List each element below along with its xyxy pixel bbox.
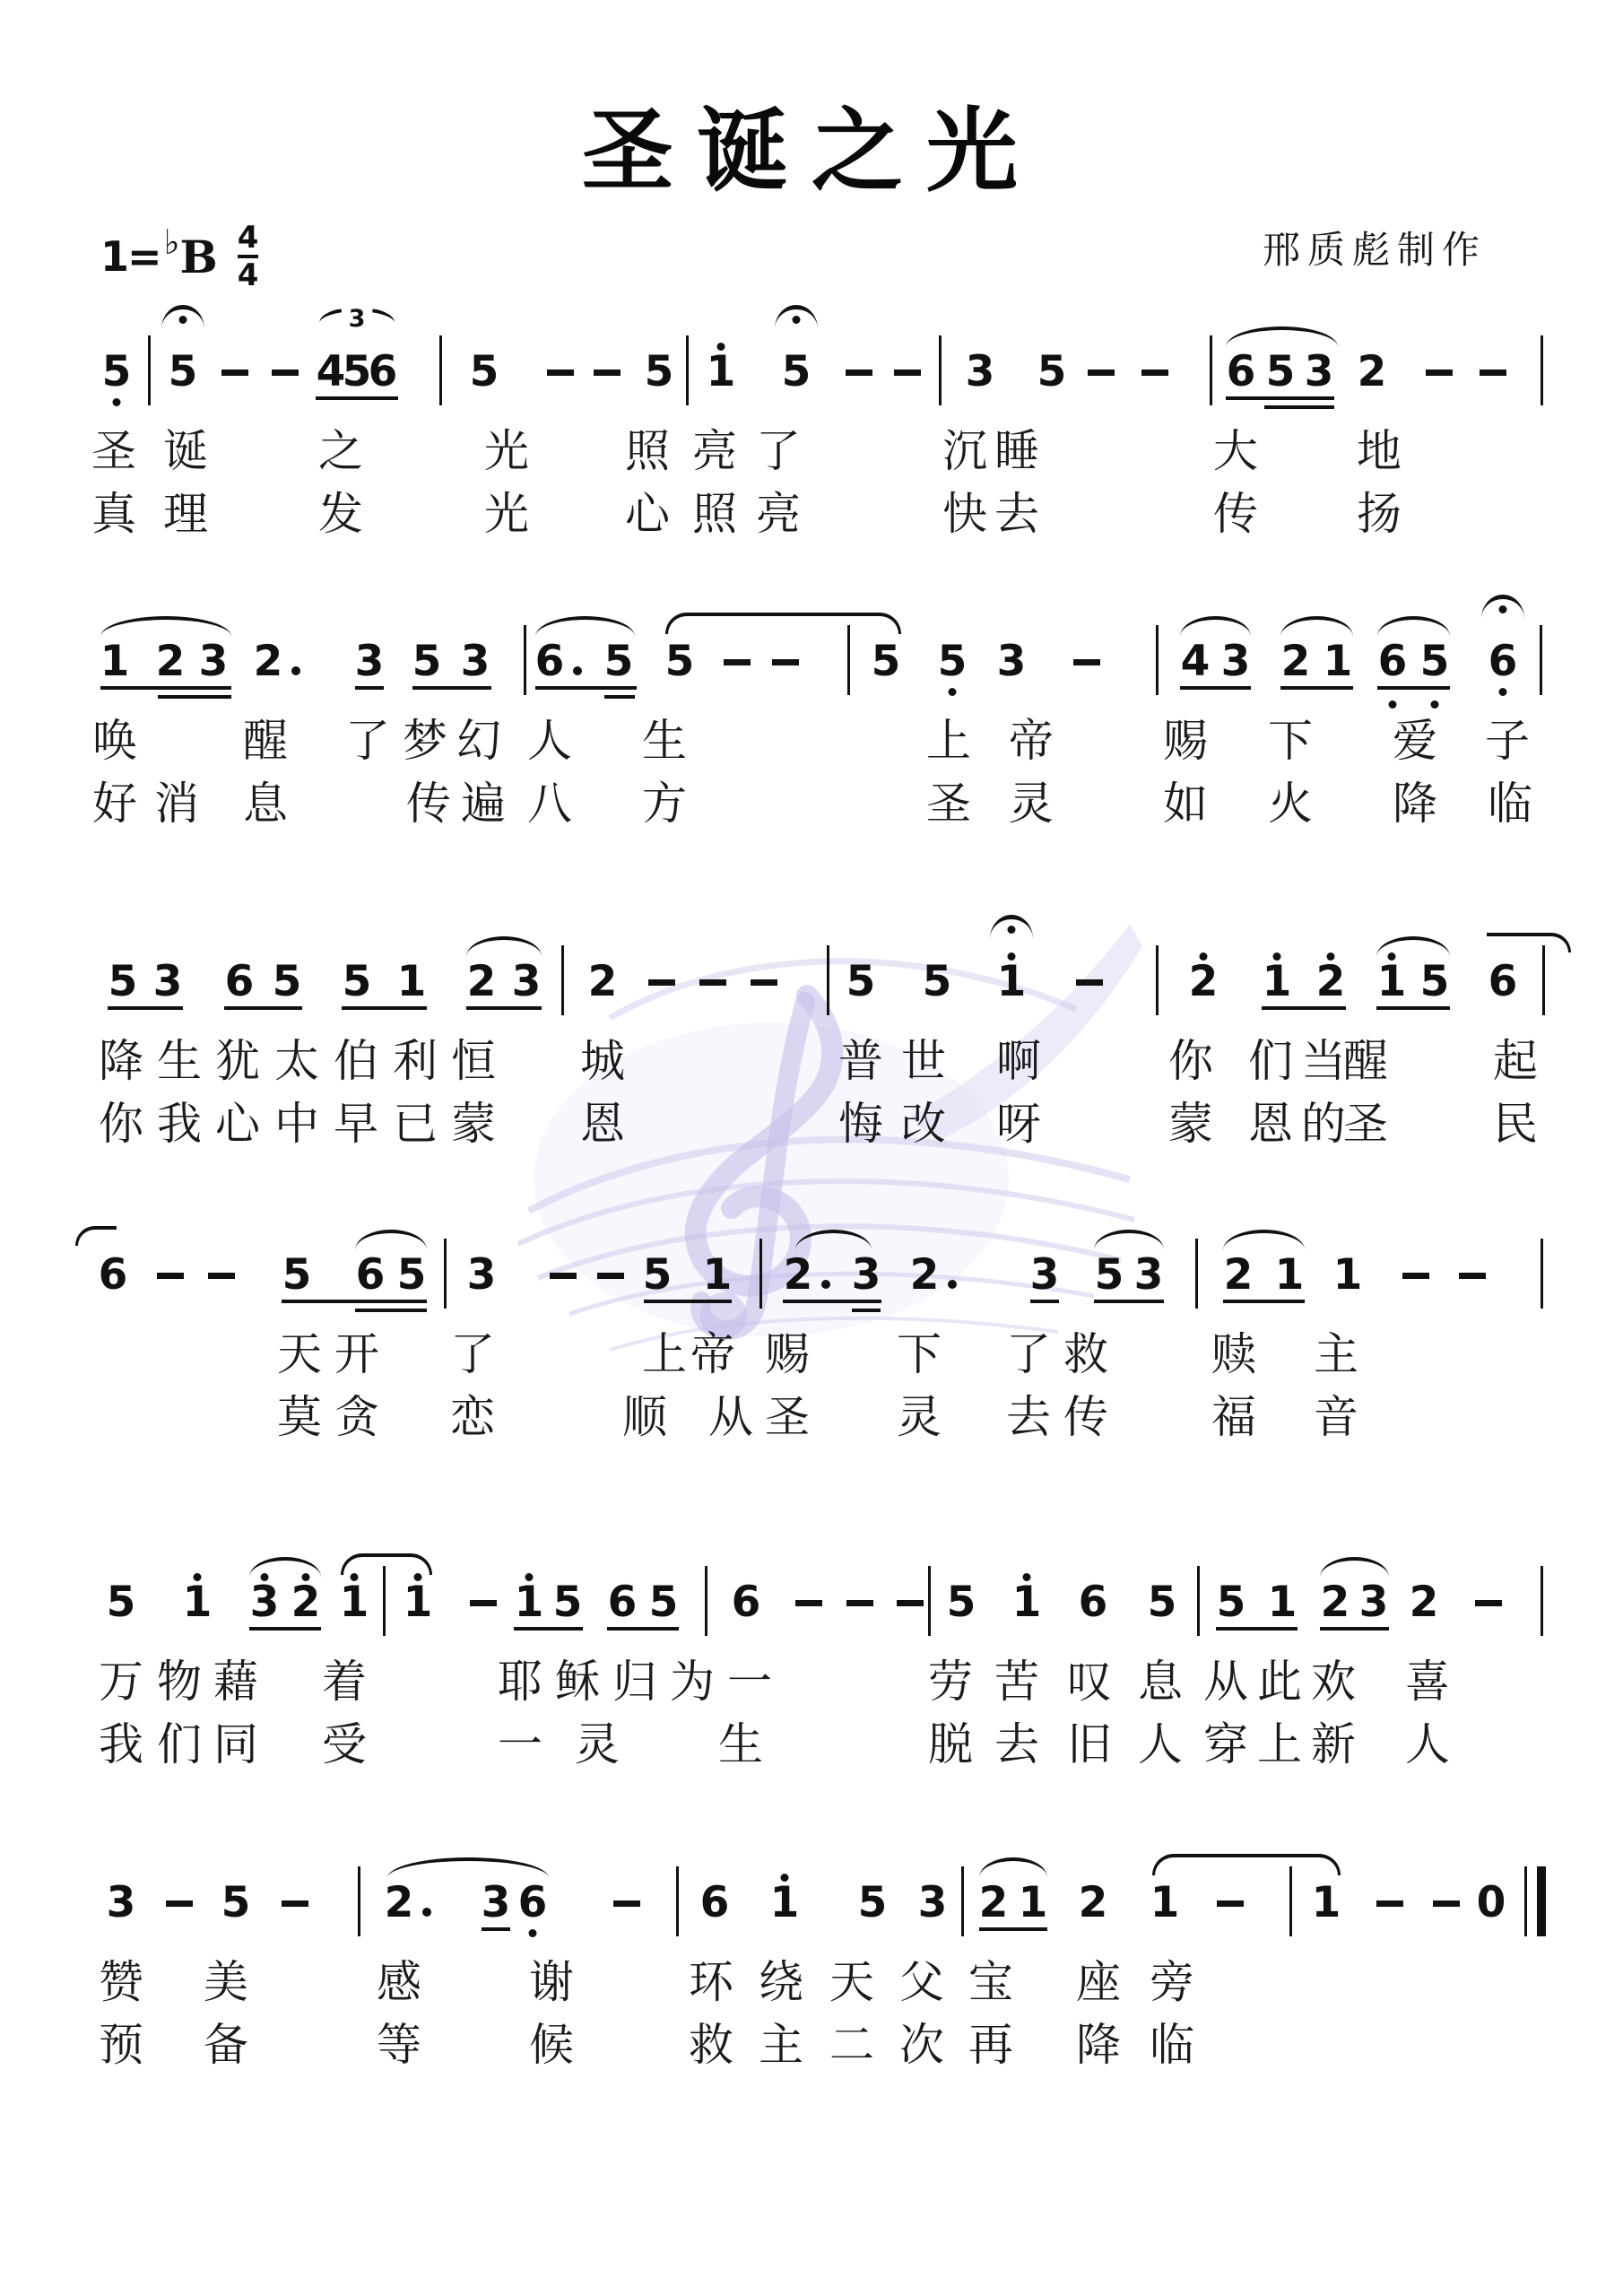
beam-underline [108,1006,183,1010]
time-signature: 4 4 [238,221,259,292]
barline [1541,335,1543,405]
lyric-syllable-v2: 们 [157,1722,202,1767]
lyric-syllable-v1: 赎 [1211,1332,1256,1377]
lyric-syllable-v1: 沉 [942,429,987,474]
barline [827,945,829,1015]
barline [524,625,526,695]
note-digit: 3 [852,1254,881,1296]
duration-dash [166,1900,193,1907]
barline [1289,1866,1292,1936]
barline [676,1866,679,1936]
note-digit: 2 [1321,1581,1350,1623]
barline [439,335,442,405]
duration-dash [846,370,872,376]
note-digit: 6 [1488,961,1518,1003]
note-digit: 6 [518,1882,548,1924]
lyric-syllable-v2: 灵 [897,1395,942,1439]
flat-accidental-icon: ♭ [164,222,180,262]
beam-underline [604,695,635,699]
note-digit: 5 [947,1581,976,1623]
lyric-syllable-v1: 劳 [928,1659,973,1704]
note-digit: 5 [643,1254,673,1296]
lyric-syllable-v2: 福 [1211,1395,1256,1439]
note-digit: 2 [1410,1581,1439,1623]
note-digit: 6 [1378,640,1408,683]
lyric-syllable-v1: 生 [642,718,687,763]
note-digit: 3 [997,640,1027,683]
duration-dash [282,1900,308,1907]
octave-dot-high [1273,952,1281,961]
lyric-syllable-v1: 生 [157,1039,202,1083]
lyric-syllable-v1: 下 [1268,718,1313,763]
barline [1541,1239,1543,1309]
lyric-syllable-v2: 你 [99,1101,143,1146]
lyric-syllable-v2: 再 [968,2022,1013,2067]
lyric-syllable-v2: 遍 [461,781,506,826]
lyric-syllable-v2: 去 [994,491,1039,536]
tie-arc [75,1226,117,1246]
note-digit: 2 [1358,351,1387,393]
beam-underline [158,695,231,699]
lyric-syllable-v2: 预 [99,2022,143,2067]
octave-dot-low [529,1929,537,1937]
lyric-syllable-v2: 音 [1314,1395,1358,1439]
lyric-syllable-v2: 我 [157,1101,202,1146]
lyric-syllable-v1: 幻 [456,718,501,763]
lyric-syllable-v1: 藉 [213,1659,258,1704]
note-digit: 2 [784,1254,813,1296]
lyric-syllable-v2: 圣 [926,781,971,826]
note-digit: 3 [107,1882,136,1924]
barline [847,625,850,695]
fermata-icon [1481,595,1524,618]
note-digit: 5 [282,1254,312,1296]
lyric-syllable-v2: 亮 [756,491,801,536]
slur-arc [1280,616,1353,638]
lyric-syllable-v1: 欢 [1311,1659,1356,1704]
note-digit: 5 [397,1254,427,1296]
note-digit: 1 [183,1581,213,1623]
lyric-syllable-v2: 脱 [928,1722,973,1767]
lyric-syllable-v1: 降 [99,1039,143,1083]
time-signature-numerator: 4 [238,221,259,255]
lyric-syllable-v2: 救 [689,2022,733,2067]
beam-underline [342,1006,427,1010]
lyric-syllable-v1: 世 [901,1039,946,1083]
duration-dash [897,1600,924,1606]
note-digit: 6 [369,351,398,393]
note-digit: 6 [732,1581,761,1623]
lyric-syllable-v2: 圣 [765,1395,810,1439]
lyric-syllable-v2: 改 [901,1101,946,1146]
lyric-syllable-v1: 赞 [99,1960,143,2005]
lyric-syllable-v1: 天 [277,1332,322,1377]
note-digit: 3 [1221,640,1251,683]
note-digit: 3 [461,640,490,683]
octave-dot-high [1008,952,1016,961]
note-digit: 2 [1079,1882,1108,1924]
fermata-icon [161,305,204,328]
lyric-syllable-v1: 天 [829,1960,874,2005]
note-digit: 5 [1037,351,1067,393]
note-digit: 2 [156,640,186,683]
note-digit: 5 [273,961,302,1003]
note-digit: 2 [588,961,618,1003]
fermata-icon [775,305,818,328]
key-tonic: B [180,230,218,283]
beam-underline [979,1927,1047,1931]
lyric-syllable-v1: 唤 [92,718,137,763]
lyric-syllable-v2: 临 [1488,781,1532,826]
duration-dash [1073,659,1100,665]
note-digit: 2 [291,1581,321,1623]
lyric-syllable-v1: 帝 [1009,718,1054,763]
note-digit: 6 [535,640,565,683]
slur-arc [1180,616,1251,638]
lyric-syllable-v1: 旁 [1150,1960,1194,2005]
lyric-syllable-v1: 伯 [334,1039,378,1083]
note-digit: 1 [397,961,427,1003]
lyric-syllable-v2: 贪 [334,1395,379,1439]
barline [1540,625,1542,695]
note-digit: 5 [470,351,499,393]
lyric-syllable-v1: 为 [670,1659,715,1704]
note-digit: 5 [665,640,695,683]
lyric-syllable-v1: 醒 [243,718,288,763]
lyric-syllable-v2: 方 [642,781,687,826]
lyric-syllable-v2: 恋 [450,1395,495,1439]
note-digit: 1 [1263,961,1292,1003]
beam-underline [1180,686,1251,690]
duration-dash [1402,1273,1429,1279]
note-digit: 6 [1227,351,1256,393]
lyric-syllable-v1: 了 [450,1332,495,1377]
lyric-syllable-v2: 好 [92,781,137,826]
barline [1542,945,1545,1015]
barline [961,1866,964,1936]
lyric-syllable-v2: 顺 [622,1395,667,1439]
lyric-syllable-v2: 旧 [1067,1722,1112,1767]
barline [1537,1866,1546,1936]
lyric-syllable-v2: 圣 [1343,1101,1388,1146]
lyric-syllable-v1: 着 [322,1659,367,1704]
duration-dash [470,1600,497,1606]
note-digit: 5 [649,1581,679,1623]
augmentation-dot [573,666,582,675]
barline [1541,1566,1543,1636]
duration-dash [772,659,799,665]
triplet-arc-right [371,309,395,323]
lyric-syllable-v1: 从 [1203,1659,1248,1704]
lyric-syllable-v2: 火 [1268,781,1313,826]
barline [1524,1866,1527,1936]
duration-dash [648,979,675,986]
lyric-syllable-v1: 大 [1213,429,1258,474]
duration-dash [1433,1900,1460,1907]
note-digit: 1 [404,1581,433,1623]
lyric-syllable-v1: 稣 [555,1659,600,1704]
note-digit: 5 [1217,1581,1246,1623]
note-digit: 1 [1333,1254,1363,1296]
duration-dash [550,1273,577,1279]
note-digit: 5 [938,640,968,683]
note-digit: 5 [872,640,901,683]
note-digit: 1 [703,1254,733,1296]
barline [686,335,689,405]
duration-dash [1480,370,1506,376]
slur-arc [979,1857,1047,1879]
lyric-syllable-v2: 已 [393,1101,438,1146]
duration-dash [272,370,299,376]
augmentation-dot [422,1908,431,1917]
note-digit: 1 [1268,1581,1298,1623]
beam-underline [852,1309,881,1312]
duration-dash [613,1900,640,1907]
note-digit: 5 [858,1882,888,1924]
lyric-syllable-v1: 父 [899,1960,944,2005]
beam-underline [1094,1300,1164,1303]
beam-underline [466,1006,542,1010]
note-digit: 2 [910,1254,940,1296]
lyric-syllable-v2: 照 [692,491,737,536]
lyric-syllable-v2: 民 [1493,1101,1538,1146]
duration-dash [1141,370,1168,376]
lyric-syllable-v1: 普 [838,1039,883,1083]
note-digit: 6 [608,1581,638,1623]
lyric-syllable-v1: 此 [1257,1659,1302,1704]
lyric-syllable-v2: 生 [718,1722,763,1767]
note-digit: 5 [645,351,674,393]
note-digit: 2 [979,1882,1009,1924]
duration-dash [1426,370,1453,376]
lyric-syllable-v2: 灵 [1009,781,1054,826]
slur-arc [249,1557,321,1578]
duration-dash [208,1273,235,1279]
duration-dash [1217,1900,1244,1907]
note-digit: 2 [1189,961,1219,1003]
note-digit: 1 [100,640,130,683]
lyric-syllable-v2: 人 [1405,1722,1450,1767]
octave-dot-low [949,688,957,696]
lyric-syllable-v1: 息 [1138,1659,1183,1704]
barline [148,335,151,405]
lyric-syllable-v2: 消 [154,781,199,826]
note-digit: 2 [1316,961,1346,1003]
lyric-syllable-v1: 人 [527,718,572,763]
duration-dash [846,1600,873,1606]
lyric-syllable-v1: 感 [377,1960,421,2005]
note-digit: 3 [355,640,385,683]
beam-underline [482,1927,510,1931]
lyric-syllable-v1: 们 [1248,1039,1293,1083]
fermata-icon [990,915,1033,938]
lyric-syllable-v1: 物 [157,1659,202,1704]
duration-dash [1459,1273,1486,1279]
lyric-syllable-v2: 理 [163,491,208,536]
beam-underline [355,1309,427,1312]
lyric-syllable-v1: 绕 [759,1960,803,2005]
lyric-syllable-v2: 光 [484,491,529,536]
note-digit: 5 [169,351,198,393]
lyric-syllable-v2: 莫 [277,1395,322,1439]
note-digit: 3 [512,961,542,1003]
beam-underline [355,686,384,690]
triplet-mark: 3 [319,307,395,331]
lyric-syllable-v1: 了 [756,429,801,474]
note-digit: 1 [1012,1581,1042,1623]
lyric-syllable-v2: 一 [498,1722,542,1767]
barline [759,1239,762,1309]
lyric-syllable-v2: 新 [1311,1722,1356,1767]
note-digit: 3 [482,1882,511,1924]
beam-underline [1377,686,1450,690]
note-digit: 5 [107,1581,136,1623]
duration-dash [1088,370,1115,376]
beam-underline [1216,1627,1298,1631]
augmentation-dot [948,1280,957,1289]
note-digit: 6 [99,1254,128,1296]
note-digit: 1 [1150,1882,1180,1924]
triplet-number: 3 [349,307,366,331]
lyric-syllable-v1: 赐 [1163,718,1208,763]
note-digit: 4 [1181,640,1211,683]
barline [561,945,564,1015]
beam-underline [535,686,637,690]
lyric-syllable-v1: 喜 [1405,1659,1450,1704]
octave-dot-high [1200,952,1208,961]
beam-underline [316,396,398,400]
beam-underline [1223,1300,1305,1303]
lyric-syllable-v1: 上 [642,1332,687,1377]
note-digit: 2 [467,961,497,1003]
lyric-syllable-v1: 宝 [968,1960,1013,2005]
lyric-syllable-v2: 传 [1213,491,1258,536]
sheet-page: 圣诞之光 1= ♭ B 4 4 邢质彪制作 5545655153565323圣诞… [0,0,1623,2296]
note-digit: 5 [102,351,132,393]
lyric-syllable-v2: 蒙 [1168,1101,1213,1146]
note-digit: 5 [1266,351,1296,393]
note-digit: 3 [467,1254,497,1296]
note-digit: 1 [1377,961,1407,1003]
note-digit: 5 [604,640,634,683]
note-digit: 5 [1420,961,1450,1003]
lyric-syllable-v1: 开 [334,1332,379,1377]
lyric-syllable-v1: 谢 [529,1960,574,2005]
note-digit: 6 [700,1882,730,1924]
tie-arc [1152,1854,1341,1875]
lyric-syllable-v2: 呀 [996,1101,1041,1146]
time-signature-denominator: 4 [238,255,259,292]
duration-dash [594,370,621,376]
lyric-syllable-v1: 光 [484,429,529,474]
lyric-syllable-v1: 恒 [451,1039,496,1083]
lyric-syllable-v1: 归 [612,1659,657,1704]
lyric-syllable-v2: 去 [1006,1395,1051,1439]
barline [928,1566,931,1636]
slur-arc [1320,1557,1389,1578]
lyric-syllable-v1: 救 [1063,1332,1108,1377]
lyric-syllable-v2: 降 [1076,2022,1121,2067]
duration-dash [221,370,248,376]
lyric-syllable-v2: 的 [1301,1101,1346,1146]
lyric-syllable-v1: 利 [393,1039,438,1083]
barline [444,1239,447,1309]
lyric-syllable-v1: 之 [318,429,363,474]
lyric-syllable-v1: 睡 [994,429,1039,474]
lyric-syllable-v1: 美 [204,1960,248,2005]
key-signature: 1= ♭ B 4 4 [100,221,258,292]
lyric-syllable-v2: 去 [994,1722,1039,1767]
lyric-syllable-v1: 诞 [163,429,208,474]
lyric-syllable-v2: 从 [708,1395,753,1439]
note-digit: 5 [1148,1581,1177,1623]
lyric-syllable-v1: 帝 [690,1332,735,1377]
duration-dash [1376,1900,1403,1907]
note-digit: 1 [1312,1882,1341,1924]
note-digit: 3 [1359,1581,1389,1623]
note-digit: 2 [385,1882,414,1924]
lyric-syllable-v1: 叹 [1067,1659,1112,1704]
duration-dash [547,370,574,376]
slur-arc [355,1230,427,1251]
lyric-syllable-v2: 恩 [580,1101,625,1146]
lyric-syllable-v1: 照 [625,429,670,474]
lyric-syllable-v2: 发 [318,491,363,536]
tie-arc [341,1553,432,1575]
lyric-syllable-v1: 醒 [1343,1039,1388,1083]
barline [1156,945,1159,1015]
note-digit: 5 [1420,640,1450,683]
lyric-syllable-v1: 起 [1493,1039,1538,1083]
lyric-syllable-v1: 爱 [1393,718,1437,763]
barline [1156,625,1159,695]
lyric-syllable-v2: 早 [334,1101,378,1146]
duration-dash [894,370,921,376]
lyric-syllable-v2: 心 [215,1101,260,1146]
barline [1210,335,1212,405]
beam-underline [1262,1006,1346,1010]
beam-underline [644,1300,732,1303]
note-digit: 3 [966,351,995,393]
duration-dash [751,979,777,986]
lyric-syllable-v2: 人 [1138,1722,1183,1767]
lyric-syllable-v2: 二 [829,2022,874,2067]
lyric-syllable-v1: 了 [1006,1332,1051,1377]
octave-dot-high [525,1573,534,1581]
barline [1197,1566,1200,1636]
augmentation-dot [291,666,300,675]
lyric-syllable-v1: 了 [345,718,390,763]
lyric-syllable-v1: 下 [897,1332,942,1377]
octave-dot-low [113,398,121,406]
duration-dash [597,1273,624,1279]
octave-dot-high [717,343,725,351]
note-digit: 3 [250,1581,280,1623]
lyric-syllable-v2: 等 [377,2022,421,2067]
note-digit: 5 [923,961,952,1003]
lyric-syllable-v2: 灵 [575,1722,620,1767]
lyric-syllable-v2: 悔 [838,1101,883,1146]
lyric-syllable-v1: 当 [1301,1039,1346,1083]
slur-arc [1376,936,1450,958]
lyric-syllable-v2: 心 [625,491,670,536]
octave-dot-high [194,1573,202,1581]
lyric-syllable-v2: 次 [899,2022,944,2067]
lyric-syllable-v1: 万 [99,1659,143,1704]
beam-underline [1264,405,1334,409]
lyric-syllable-v2: 受 [322,1722,367,1767]
octave-dot-high [1023,1573,1031,1581]
